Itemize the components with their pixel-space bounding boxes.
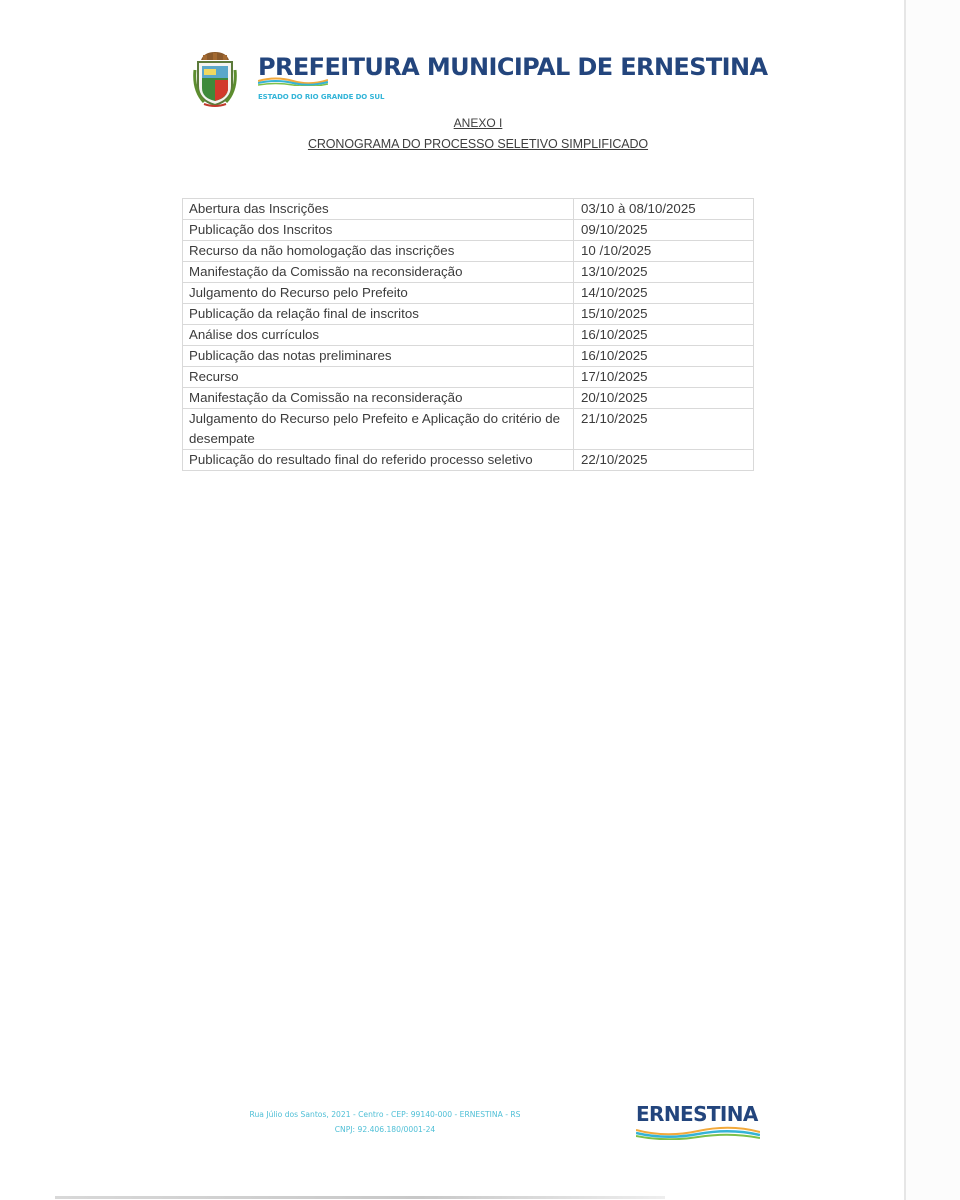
schedule-date: 15/10/2025 bbox=[574, 304, 754, 325]
schedule-date: 21/10/2025 bbox=[574, 409, 754, 450]
state-subtitle: ESTADO DO RIO GRANDE DO SUL bbox=[258, 93, 384, 101]
municipality-title: PREFEITURA MUNICIPAL DE ERNESTINA bbox=[258, 53, 767, 81]
schedule-row: Abertura das Inscrições03/10 à 08/10/202… bbox=[183, 199, 754, 220]
schedule-row: Publicação das notas preliminares16/10/2… bbox=[183, 346, 754, 367]
page-margin bbox=[906, 0, 960, 1200]
schedule-event: Publicação das notas preliminares bbox=[183, 346, 574, 367]
schedule-row: Recurso17/10/2025 bbox=[183, 367, 754, 388]
schedule-date: 16/10/2025 bbox=[574, 346, 754, 367]
schedule-date: 09/10/2025 bbox=[574, 220, 754, 241]
schedule-event: Manifestação da Comissão na reconsideraç… bbox=[183, 262, 574, 283]
schedule-date: 17/10/2025 bbox=[574, 367, 754, 388]
schedule-date: 10 /10/2025 bbox=[574, 241, 754, 262]
annex-title: ANEXO I bbox=[0, 116, 956, 130]
logo-waves-icon bbox=[636, 1126, 760, 1140]
document-heading: CRONOGRAMA DO PROCESSO SELETIVO SIMPLIFI… bbox=[0, 137, 956, 151]
schedule-date: 20/10/2025 bbox=[574, 388, 754, 409]
schedule-date: 13/10/2025 bbox=[574, 262, 754, 283]
schedule-date: 22/10/2025 bbox=[574, 450, 754, 471]
schedule-row: Publicação da relação final de inscritos… bbox=[183, 304, 754, 325]
footer-logo: ERNESTINA bbox=[636, 1102, 766, 1150]
schedule-event: Julgamento do Recurso pelo Prefeito bbox=[183, 283, 574, 304]
schedule-table: Abertura das Inscrições03/10 à 08/10/202… bbox=[182, 198, 754, 471]
schedule-event: Publicação dos Inscritos bbox=[183, 220, 574, 241]
schedule-row: Análise dos currículos16/10/2025 bbox=[183, 325, 754, 346]
schedule-event: Análise dos currículos bbox=[183, 325, 574, 346]
footer-cnpj: CNPJ: 92.406.180/0001-24 bbox=[190, 1122, 580, 1137]
schedule-event: Publicação do resultado final do referid… bbox=[183, 450, 574, 471]
schedule-event: Recurso da não homologação das inscriçõe… bbox=[183, 241, 574, 262]
schedule-event: Julgamento do Recurso pelo Prefeito e Ap… bbox=[183, 409, 574, 450]
schedule-row: Publicação do resultado final do referid… bbox=[183, 450, 754, 471]
schedule-row: Manifestação da Comissão na reconsideraç… bbox=[183, 388, 754, 409]
coat-of-arms-icon bbox=[192, 50, 238, 108]
schedule-row: Recurso da não homologação das inscriçõe… bbox=[183, 241, 754, 262]
schedule-event: Abertura das Inscrições bbox=[183, 199, 574, 220]
footer-logo-text: ERNESTINA bbox=[636, 1102, 758, 1126]
footer-address-block: Rua Júlio dos Santos, 2021 - Centro - CE… bbox=[190, 1107, 580, 1137]
schedule-row: Publicação dos Inscritos09/10/2025 bbox=[183, 220, 754, 241]
page-bottom-edge bbox=[55, 1196, 665, 1199]
footer-address: Rua Júlio dos Santos, 2021 - Centro - CE… bbox=[190, 1107, 580, 1122]
schedule-row: Manifestação da Comissão na reconsideraç… bbox=[183, 262, 754, 283]
schedule-event: Manifestação da Comissão na reconsideraç… bbox=[183, 388, 574, 409]
schedule-row: Julgamento do Recurso pelo Prefeito e Ap… bbox=[183, 409, 754, 450]
schedule-date: 16/10/2025 bbox=[574, 325, 754, 346]
schedule-event: Publicação da relação final de inscritos bbox=[183, 304, 574, 325]
schedule-row: Julgamento do Recurso pelo Prefeito14/10… bbox=[183, 283, 754, 304]
schedule-date: 03/10 à 08/10/2025 bbox=[574, 199, 754, 220]
brand-swoosh-icon bbox=[258, 76, 328, 86]
page-edge bbox=[904, 0, 906, 1200]
schedule-date: 14/10/2025 bbox=[574, 283, 754, 304]
schedule-event: Recurso bbox=[183, 367, 574, 388]
